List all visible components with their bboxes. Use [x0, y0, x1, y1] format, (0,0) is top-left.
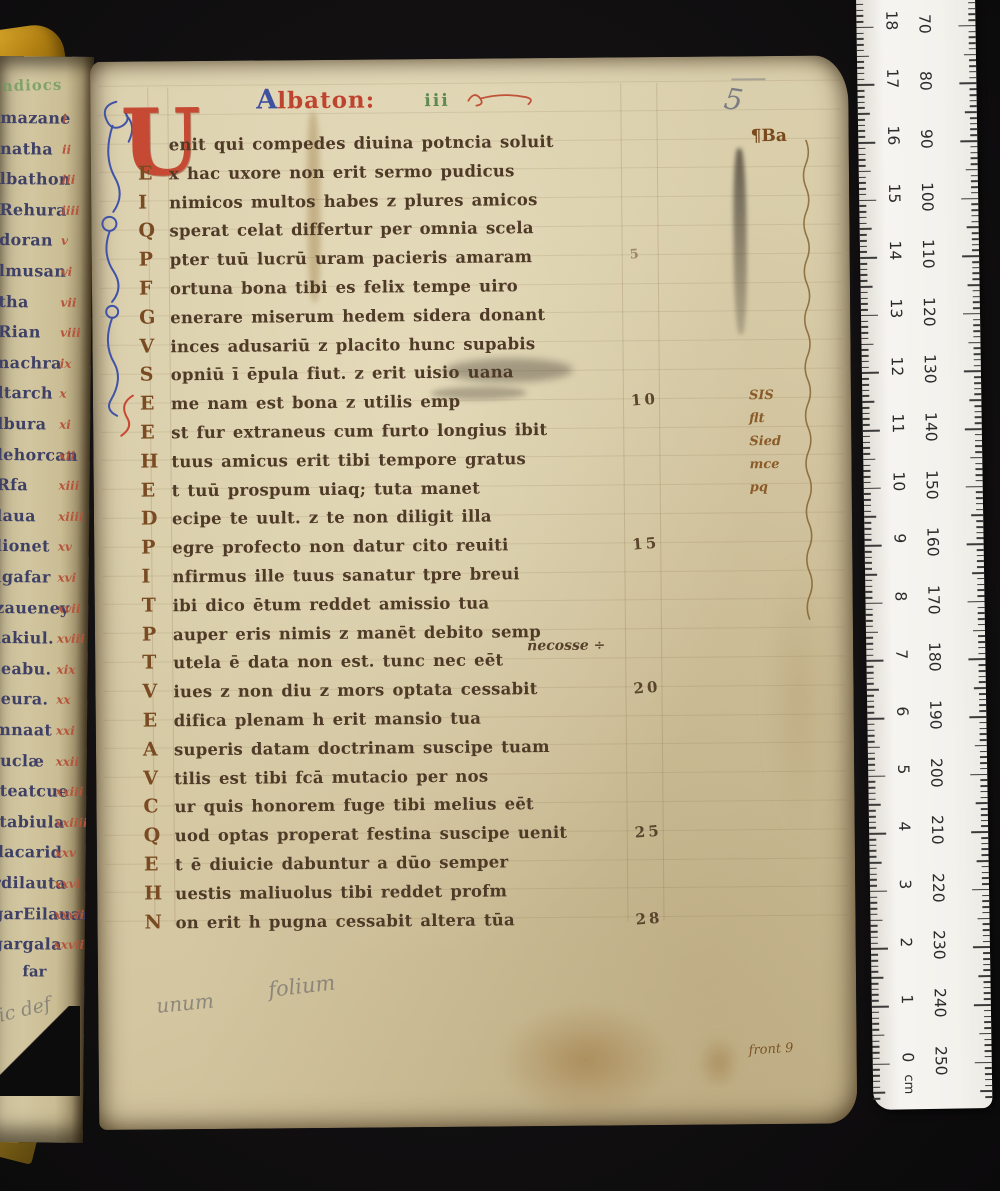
ruler-tick [870, 868, 877, 870]
verse-text: egre profecto non datur cito reuiti [172, 536, 508, 558]
ruler-tick [984, 1027, 991, 1029]
ruler-tick [976, 503, 983, 505]
corner-note: ¶Ba [751, 126, 787, 146]
ruler-tick [984, 987, 991, 989]
margin-stain [762, 552, 837, 843]
ruler-tick [960, 140, 977, 142]
ruler-tick [977, 860, 989, 862]
verse-line: Sopniū ī ēpula fiut. z erit uisio uana [93, 359, 653, 390]
fore-edge-entry: gargalaxxviii [0, 934, 85, 959]
ruler-tick [982, 900, 989, 902]
ruler-tick [866, 654, 873, 656]
ruler-tick [980, 739, 987, 741]
ruler-tick [968, 13, 975, 15]
ruler-tick [963, 313, 980, 315]
entry-name: doran [0, 230, 53, 250]
entry-name: lakiul. [0, 628, 54, 648]
ruler-tick [980, 768, 987, 770]
ruler-tick [976, 491, 983, 493]
ruler-tick [969, 88, 976, 90]
ruler-tick [862, 401, 874, 403]
bottom-stain-small [697, 1034, 741, 1090]
verse-initial: E [140, 393, 155, 415]
ruler-tick [972, 278, 979, 280]
verse-text: nfirmus ille tuus sanatur tpre breui [172, 564, 519, 586]
verse-initial: C [143, 796, 158, 818]
ruler-tick [861, 332, 868, 334]
fore-edge-entry: lbathoniii [0, 169, 93, 194]
ruler-tick [981, 808, 988, 810]
verse-text: opniū ī ēpula fiut. z erit uisio uana [171, 363, 514, 385]
ruler-tick [869, 850, 876, 852]
ruler-tick [859, 205, 866, 207]
fore-edge-entry: lgafarxvi [0, 567, 89, 592]
ruler-tick [865, 551, 872, 553]
ruler-tick [864, 487, 881, 489]
ruler-tick [984, 1021, 991, 1023]
ruler-number-mm: 180 [927, 635, 944, 679]
fore-edge-entry: nachraix [0, 353, 91, 378]
ruler-tick [967, 543, 984, 545]
ruler-tick [971, 180, 978, 182]
ruler-tick [871, 925, 878, 927]
entry-numeral: v [61, 234, 68, 248]
entry-numeral: xxiiii [55, 815, 88, 829]
verse-line: Qsperat celat differtur per omnia scela [91, 215, 651, 246]
verse-initial: P [142, 623, 156, 645]
ruler-tick [873, 1075, 880, 1077]
ruler-tick [861, 303, 868, 305]
ruler-tick [860, 274, 867, 276]
ruler-tick [977, 538, 984, 540]
ruler-tick [973, 946, 990, 948]
ruler-tick [985, 1050, 992, 1052]
margin-number: 25 [634, 821, 675, 842]
ruler-tick [974, 405, 981, 407]
pencil-note-folium: folium [267, 970, 337, 1001]
ruler-tick [964, 370, 981, 372]
ruler-tick [871, 937, 878, 939]
ruler-tick [871, 965, 878, 967]
ruler-tick [864, 528, 871, 530]
entry-name: mnaat [0, 720, 52, 740]
ruler-tick [873, 1092, 885, 1094]
ruler-tick [977, 566, 984, 568]
ruler-tick [869, 804, 881, 806]
ruler-tick [980, 756, 987, 758]
fore-edge-entry: dacaridxxv [0, 842, 86, 867]
ruler-tick [859, 165, 866, 167]
entry-numeral: vi [61, 265, 73, 279]
ruler-tick [868, 781, 875, 783]
ruler-tick [871, 977, 883, 979]
entry-numeral: xiiii [58, 509, 84, 523]
ruler-tick [976, 526, 983, 528]
entry-numeral: viii [60, 326, 81, 340]
ruler-tick [971, 163, 978, 165]
margin-number: 28 [635, 907, 676, 928]
ruler-tick [981, 820, 988, 822]
ruler-tick [978, 635, 985, 637]
entry-name: leabu. [0, 659, 52, 679]
ruler-tick [871, 919, 883, 921]
ruler-tick [861, 297, 868, 299]
verse-text: difica plenam h erit mansio tua [174, 709, 482, 731]
ruler-tick [863, 441, 870, 443]
ruler-tick [858, 153, 865, 155]
verse-line: Edifica plenam h erit mansio tua [96, 705, 656, 736]
ruler-tick [980, 1090, 992, 1092]
ruler-tick [856, 4, 863, 6]
ruler-tick [977, 549, 984, 551]
ruler-tick [970, 117, 977, 119]
pencil-stroke [731, 78, 765, 80]
ruler-tick [868, 775, 885, 777]
verse-initial: E [140, 421, 155, 443]
ruler-tick [964, 54, 976, 56]
ruler-tick [966, 169, 978, 171]
ruler-tick [867, 724, 874, 726]
verse-text: sperat celat differtur per omnia scela [169, 219, 533, 241]
ruler-tick [858, 119, 865, 121]
ruler-tick [873, 1098, 880, 1100]
ruler-tick [965, 428, 982, 430]
ruler-number-cm: 16 [886, 113, 903, 157]
ruler-tick [981, 791, 988, 793]
ruler-tick [872, 1023, 879, 1025]
fore-edge-entry: lakiul.xviii [0, 628, 88, 653]
ruler-tick [858, 142, 875, 144]
fore-edge-entry: zaueneyxvii [0, 598, 88, 623]
gloss-line: Sied [749, 434, 809, 450]
verse-initial: F [139, 277, 153, 299]
ruler-tick [975, 745, 987, 747]
ruler-tick [866, 608, 873, 610]
heading-numeral: iii [424, 91, 450, 111]
ruler-tick [862, 384, 869, 386]
ruler-tick [972, 221, 979, 223]
verse-initial: Q [144, 825, 161, 847]
verse-text: auper eris nimis z manēt debito semp [173, 622, 541, 644]
fore-edge-entry: nathaii [0, 139, 93, 164]
ruler-tick [980, 785, 987, 787]
ruler-tick [868, 764, 875, 766]
ruler-tick [974, 394, 981, 396]
ruler-number-mm: 240 [932, 981, 949, 1025]
entry-name: lgafar [0, 567, 51, 587]
ruler-tick [859, 194, 866, 196]
ruler-tick [868, 752, 875, 754]
verse-line: Htuus amicus erit tibi tempore gratus [93, 446, 653, 477]
fore-edge-entry: leabu.xix [0, 659, 88, 684]
verse-line: Fortuna bona tibi es felix tempe uiro [92, 273, 652, 304]
ruler-tick [981, 814, 988, 816]
fore-edge-entry: lehorcanxii [0, 445, 90, 470]
ruler-tick [971, 175, 978, 177]
ruler-tick [859, 159, 866, 161]
verse-line: Vtilis est tibi fcā mutacio per nos [96, 763, 656, 794]
ruler-tick [870, 902, 877, 904]
ruler-tick [983, 981, 990, 983]
ruler-tick [862, 378, 869, 380]
ruler-tick [865, 574, 877, 576]
ruler-tick [975, 440, 982, 442]
ruler-tick [973, 301, 980, 303]
ruler-tick [967, 226, 979, 228]
verse-line: Huestis maliuolus tibi reddet profm [97, 878, 657, 909]
verse-line: Ex hac uxore non erit sermo pudicus [91, 158, 651, 189]
margin-line-numbers: 51015202528 [90, 55, 848, 62]
entry-numeral: xvii [57, 601, 80, 615]
ruler-tick [984, 1044, 991, 1046]
entry-numeral: xxii [56, 754, 80, 768]
ruler-tick [979, 1033, 991, 1035]
ruler-tick [864, 516, 876, 518]
ruler-tick [861, 338, 868, 340]
ruler-tick [857, 32, 864, 34]
verse-text: me nam est bona z utilis emp [171, 392, 461, 414]
ruler-tick [867, 712, 874, 714]
ruler-tick [867, 677, 874, 679]
ruler-tick [865, 591, 872, 593]
ruler-tick [872, 1046, 879, 1048]
ruler-tick [865, 568, 872, 570]
entry-name: tha [0, 292, 29, 311]
verse-line: Inimicos multos habes z plures amicos [91, 187, 651, 218]
ruler-tick [968, 658, 985, 660]
ruler-tick [867, 718, 884, 720]
fore-edge-entry: mnaatxxi [0, 720, 87, 745]
ruler-tick [979, 693, 986, 695]
entry-numeral: iii [62, 173, 76, 187]
entry-name: mazane [0, 108, 71, 128]
ruler-number-mm: 170 [926, 578, 943, 622]
ruler-tick [981, 825, 988, 827]
ruler-tick [871, 971, 878, 973]
ruler-tick [861, 309, 868, 311]
ruler-tick [973, 290, 980, 292]
ruler-tick [970, 457, 982, 459]
ruler-tick [983, 923, 990, 925]
ruler-tick [971, 157, 978, 159]
ruling-lines [90, 55, 848, 62]
edge-shadow-cut [0, 1006, 80, 1096]
ruler-tick [978, 647, 985, 649]
fore-edge-entry: lauaxiiii [0, 506, 89, 531]
verse-text: x hac uxore non erit sermo pudicus [169, 161, 515, 183]
ruler-number-mm: 160 [925, 520, 942, 564]
ruler-number-cm: 12 [889, 344, 906, 388]
ruler-tick [870, 856, 877, 858]
verse-text: enit qui compedes diuina potncia soluit [169, 132, 554, 154]
ruler-tick [872, 1006, 889, 1008]
ruler-tick [868, 770, 875, 772]
ruler-tick [976, 520, 983, 522]
verse-line: Asuperis datam doctrinam suscipe tuam [96, 734, 656, 765]
ruler-tick [860, 228, 872, 230]
ruler-tick [979, 676, 986, 678]
ruler-tick [860, 263, 867, 265]
ruler-tick [866, 649, 873, 651]
ruler-tick [870, 879, 877, 881]
charcoal-smear [733, 148, 748, 334]
ruler-tick [970, 123, 977, 125]
ruler-tick [858, 130, 865, 132]
verse-initial: H [140, 450, 158, 472]
ruler-tick [858, 148, 865, 150]
ruler-tick [862, 407, 869, 409]
ruler-tick [982, 912, 989, 914]
verse-line: Infirmus ille tuus sanatur tpre breui [94, 561, 654, 592]
verse-initial: Q [138, 220, 155, 242]
ruler-tick [857, 44, 864, 46]
ruler-tick [865, 557, 872, 559]
ruler-tick [859, 188, 866, 190]
ruler-tick [961, 198, 978, 200]
ruler-tick [976, 480, 983, 482]
ruler-tick [977, 561, 984, 563]
ruler-tick [870, 908, 877, 910]
ruler-number-cm: 4 [897, 805, 914, 849]
ruler-tick [970, 100, 977, 102]
ruler-tick [865, 580, 872, 582]
entry-name: Rfa [0, 475, 28, 494]
ruler-tick [976, 532, 983, 534]
ruler-number-mm: 190 [928, 693, 945, 737]
ruler-tick [859, 171, 871, 173]
ruler-tick [968, 8, 975, 10]
ruler-tick [867, 666, 874, 668]
verse-line: Quod optas properat festina suscipe ueni… [97, 820, 657, 851]
ruler-tick [958, 25, 975, 27]
ruler-tick [966, 486, 983, 488]
ruler-tick [861, 292, 868, 294]
ruler-tick [868, 747, 880, 749]
ruler-tick [873, 1063, 890, 1065]
ruler-tick [863, 464, 870, 466]
entry-name: gargala [0, 934, 62, 954]
ruler-tick [983, 929, 990, 931]
ruler-tick [867, 706, 874, 708]
ruler-tick [866, 620, 873, 622]
ruler-tick [971, 209, 978, 211]
ruler-tick [864, 510, 871, 512]
ruler-tick [984, 1010, 991, 1012]
verse-initial: I [138, 191, 147, 213]
ruler-tick [976, 509, 983, 511]
ruler-tick [862, 366, 869, 368]
entry-numeral: x [59, 387, 66, 401]
ruler-tick [970, 94, 977, 96]
ruler-tick [968, 342, 980, 344]
ruler-tick [978, 618, 985, 620]
entry-numeral: xxiii [55, 785, 83, 799]
ruler-tick [872, 1000, 879, 1002]
ruler-number-cm: 10 [891, 459, 908, 503]
ruler-tick [856, 21, 863, 23]
ruler-tick [972, 238, 979, 240]
ruler-tick [864, 522, 871, 524]
ruler-tick [975, 422, 982, 424]
ruler-tick [860, 269, 867, 271]
ruler-tick [865, 545, 882, 547]
green-text-fragment: ndiocs [1, 76, 62, 95]
ruler-tick [959, 83, 976, 85]
ruler-tick [977, 589, 984, 591]
ruler-tick [862, 395, 869, 397]
ruler-tick [866, 660, 883, 662]
ruler-tick [977, 578, 984, 580]
ruler-tick [972, 273, 979, 275]
ruler-number-mm: 250 [933, 1038, 950, 1082]
front-note: front 9 [748, 1041, 794, 1059]
ruler-tick [868, 758, 875, 760]
ruler-tick [861, 326, 868, 328]
ruler-tick [962, 255, 979, 257]
ruler-tick [870, 890, 887, 892]
fore-edge-entry: Rehuraiiii [0, 200, 92, 225]
ruler-tick [979, 705, 986, 707]
ruler-tick [857, 79, 864, 81]
page-heading: Albaton: [256, 84, 375, 116]
verse-text: ortuna bona tibi es felix tempe uiro [170, 276, 518, 298]
ruler-tick [869, 839, 876, 841]
ruler-tick [974, 353, 981, 355]
ruler-tick [981, 854, 988, 856]
ruler-tick [863, 470, 870, 472]
gloss-line: flt [749, 411, 809, 427]
ruler-tick [863, 418, 870, 420]
fore-edge-entry: leura.xx [0, 689, 87, 714]
entry-numeral: ix [60, 356, 72, 370]
ruler-tick [859, 211, 866, 213]
ruler-tick [975, 445, 982, 447]
ruler-tick [871, 960, 878, 962]
entry-numeral: xxvii [54, 907, 85, 921]
verse-text: tilis est tibi fcā mutacio per nos [174, 766, 488, 788]
entry-name: Rian [0, 322, 41, 341]
ruler-tick [872, 994, 879, 996]
fore-edge-entry: thavii [0, 292, 92, 317]
ruler-number-mm: 210 [930, 808, 947, 852]
ruler-tick [984, 992, 991, 994]
ruler-tick [869, 827, 876, 829]
verse-text: nimicos multos habes z plures amicos [169, 190, 537, 212]
verse-line: Et tuū prospum uiaq; tuta manet [94, 475, 654, 506]
ruler-tick [974, 365, 981, 367]
ruler-tick [869, 810, 876, 812]
ruler-tick [861, 314, 878, 316]
verse-text: ecipe te uult. z te non diligit illa [172, 507, 492, 529]
manuscript-page: Albaton: iii U Uenit qui compedes diuina… [90, 55, 857, 1130]
ruler-tick [979, 710, 986, 712]
ruler-tick [976, 802, 988, 804]
verse-text: ur quis honorem fuge tibi melius eēt [174, 795, 533, 817]
fore-edge-entry: ltarchx [0, 383, 91, 408]
ruler-tick [970, 774, 987, 776]
verse-initial: E [143, 709, 158, 731]
ruler-tick [870, 914, 877, 916]
ruler-tick [969, 42, 976, 44]
ruler-tick [970, 106, 977, 108]
ruler-tick [985, 1067, 992, 1069]
fore-edge-entry: Rianviii [0, 322, 91, 347]
verse-initial: I [141, 565, 150, 587]
ruler-tick [865, 597, 872, 599]
entry-numeral: xxvi [54, 877, 80, 891]
verse-text: iues z non diu z mors optata cessabit [173, 679, 537, 701]
verse-text: t tuū prospum uiaq; tuta manet [172, 478, 480, 500]
